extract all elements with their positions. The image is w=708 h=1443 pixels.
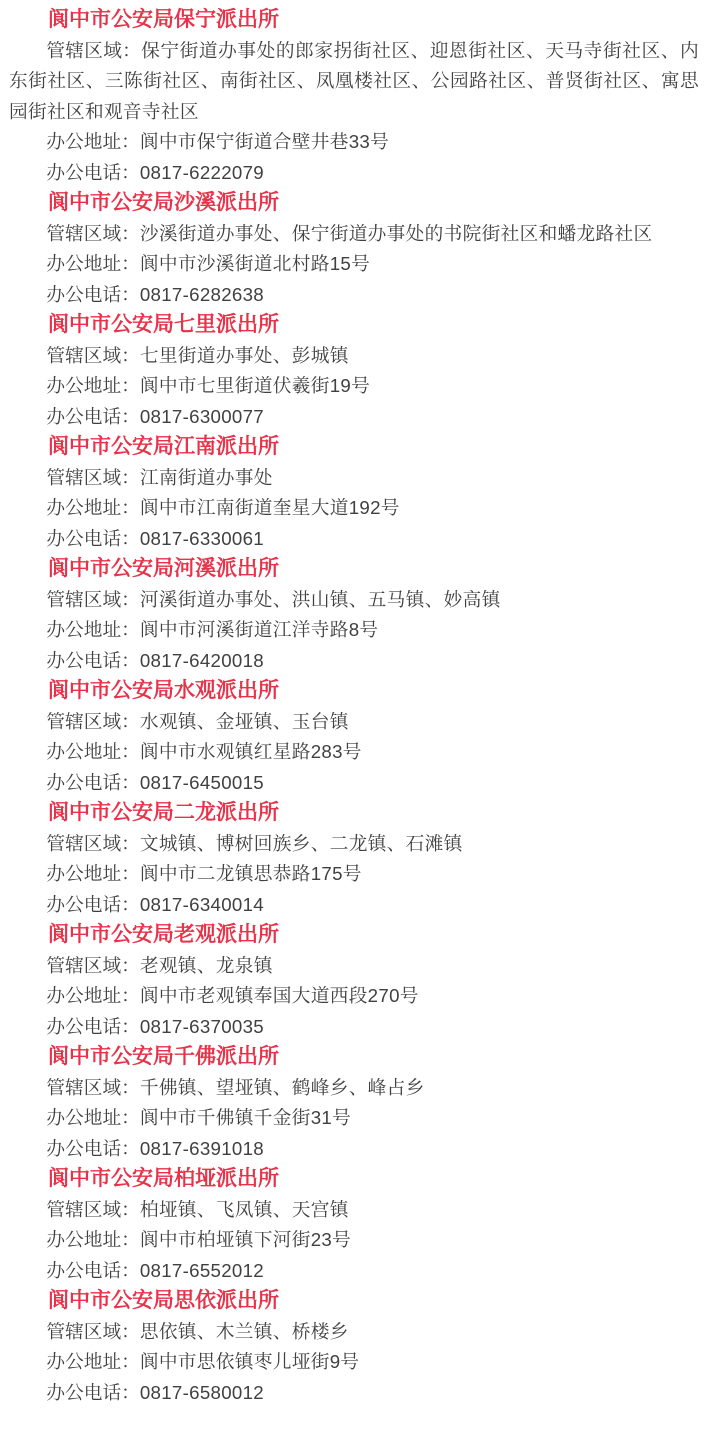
region-label: 管辖区域： [46, 467, 139, 488]
station-block-baiya: 阆中市公安局柏垭派出所 管辖区域：柏垭镇、飞凤镇、天宫镇 办公地址：阆中市柏垭镇… [9, 1164, 699, 1286]
station-title: 阆中市公安局二龙派出所 [9, 798, 699, 829]
station-block-qianfo: 阆中市公安局千佛派出所 管辖区域：千佛镇、望垭镇、鹤峰乡、峰占乡 办公地址：阆中… [9, 1042, 699, 1164]
phone-label: 办公电话： [46, 1138, 139, 1159]
address-value: 阆中市河溪街道江洋寺路8号 [140, 619, 379, 640]
address-label: 办公地址： [46, 863, 139, 884]
address-value: 阆中市思依镇枣儿垭街9号 [140, 1351, 360, 1372]
station-block-jiangnan: 阆中市公安局江南派出所 管辖区域：江南街道办事处 办公地址：阆中市江南街道奎星大… [9, 432, 699, 554]
region-label: 管辖区域： [46, 1321, 139, 1342]
address-value: 阆中市保宁街道合壁井巷33号 [140, 131, 389, 152]
address-value: 阆中市柏垭镇下河街23号 [140, 1229, 351, 1250]
address-row: 办公地址：阆中市江南街道奎星大道192号 [9, 493, 699, 524]
region-label: 管辖区域： [46, 345, 139, 366]
region-value: 江南街道办事处 [140, 467, 273, 488]
region-row: 管辖区域：沙溪街道办事处、保宁街道办事处的书院街社区和蟠龙路社区 [9, 219, 699, 250]
phone-label: 办公电话： [46, 1260, 139, 1281]
phone-row: 办公电话：0817-6300077 [9, 402, 699, 433]
station-block-qili: 阆中市公安局七里派出所 管辖区域：七里街道办事处、彭城镇 办公地址：阆中市七里街… [9, 310, 699, 432]
region-label: 管辖区域： [46, 589, 139, 610]
region-row: 管辖区域：千佛镇、望垭镇、鹤峰乡、峰占乡 [9, 1073, 699, 1104]
phone-row: 办公电话：0817-6222079 [9, 158, 699, 189]
address-row: 办公地址：阆中市河溪街道江洋寺路8号 [9, 615, 699, 646]
address-label: 办公地址： [46, 253, 139, 274]
phone-label: 办公电话： [46, 1382, 139, 1403]
region-value: 思依镇、木兰镇、桥楼乡 [140, 1321, 349, 1342]
station-title: 阆中市公安局千佛派出所 [9, 1042, 699, 1073]
region-row: 管辖区域：文城镇、博树回族乡、二龙镇、石滩镇 [9, 829, 699, 860]
region-value: 沙溪街道办事处、保宁街道办事处的书院街社区和蟠龙路社区 [140, 223, 653, 244]
address-label: 办公地址： [46, 131, 139, 152]
address-label: 办公地址： [46, 497, 139, 518]
address-label: 办公地址： [46, 985, 139, 1006]
phone-value: 0817-6340014 [140, 894, 264, 915]
address-value: 阆中市江南街道奎星大道192号 [140, 497, 400, 518]
phone-label: 办公电话： [46, 650, 139, 671]
phone-label: 办公电话： [46, 1016, 139, 1037]
phone-value: 0817-6222079 [140, 162, 264, 183]
region-value: 柏垭镇、飞凤镇、天宫镇 [140, 1199, 349, 1220]
region-row: 管辖区域：思依镇、木兰镇、桥楼乡 [9, 1317, 699, 1348]
station-title: 阆中市公安局老观派出所 [9, 920, 699, 951]
phone-row: 办公电话：0817-6420018 [9, 646, 699, 677]
phone-label: 办公电话： [46, 406, 139, 427]
region-row: 管辖区域：河溪街道办事处、洪山镇、五马镇、妙高镇 [9, 585, 699, 616]
address-label: 办公地址： [46, 1351, 139, 1372]
station-block-shaxi: 阆中市公安局沙溪派出所 管辖区域：沙溪街道办事处、保宁街道办事处的书院街社区和蟠… [9, 188, 699, 310]
address-row: 办公地址：阆中市思依镇枣儿垭街9号 [9, 1347, 699, 1378]
address-row: 办公地址：阆中市七里街道伏羲街19号 [9, 371, 699, 402]
phone-value: 0817-6391018 [140, 1138, 264, 1159]
phone-label: 办公电话： [46, 772, 139, 793]
address-label: 办公地址： [46, 1107, 139, 1128]
address-row: 办公地址：阆中市保宁街道合壁井巷33号 [9, 127, 699, 158]
region-row: 管辖区域：柏垭镇、飞凤镇、天宫镇 [9, 1195, 699, 1226]
station-block-shuiguan: 阆中市公安局水观派出所 管辖区域：水观镇、金垭镇、玉台镇 办公地址：阆中市水观镇… [9, 676, 699, 798]
station-block-siyi: 阆中市公安局思依派出所 管辖区域：思依镇、木兰镇、桥楼乡 办公地址：阆中市思依镇… [9, 1286, 699, 1408]
station-title: 阆中市公安局七里派出所 [9, 310, 699, 341]
address-label: 办公地址： [46, 741, 139, 762]
phone-value: 0817-6420018 [140, 650, 264, 671]
region-label: 管辖区域： [46, 955, 139, 976]
address-value: 阆中市二龙镇思恭路175号 [140, 863, 362, 884]
phone-row: 办公电话：0817-6340014 [9, 890, 699, 921]
phone-value: 0817-6370035 [140, 1016, 264, 1037]
phone-value: 0817-6282638 [140, 284, 264, 305]
address-row: 办公地址：阆中市千佛镇千金街31号 [9, 1103, 699, 1134]
region-value: 水观镇、金垭镇、玉台镇 [140, 711, 349, 732]
region-label: 管辖区域： [46, 1077, 139, 1098]
station-block-erlong: 阆中市公安局二龙派出所 管辖区域：文城镇、博树回族乡、二龙镇、石滩镇 办公地址：… [9, 798, 699, 920]
region-row: 管辖区域：水观镇、金垭镇、玉台镇 [9, 707, 699, 738]
address-label: 办公地址： [46, 619, 139, 640]
station-title: 阆中市公安局柏垭派出所 [9, 1164, 699, 1195]
region-label: 管辖区域： [46, 711, 139, 732]
address-row: 办公地址：阆中市沙溪街道北村路15号 [9, 249, 699, 280]
address-row: 办公地址：阆中市二龙镇思恭路175号 [9, 859, 699, 890]
region-row: 管辖区域：江南街道办事处 [9, 463, 699, 494]
station-block-laoguan: 阆中市公安局老观派出所 管辖区域：老观镇、龙泉镇 办公地址：阆中市老观镇奉国大道… [9, 920, 699, 1042]
address-row: 办公地址：阆中市水观镇红星路283号 [9, 737, 699, 768]
region-value: 七里街道办事处、彭城镇 [140, 345, 349, 366]
address-value: 阆中市老观镇奉国大道西段270号 [140, 985, 419, 1006]
region-label: 管辖区域： [46, 833, 139, 854]
address-row: 办公地址：阆中市老观镇奉国大道西段270号 [9, 981, 699, 1012]
address-row: 办公地址：阆中市柏垭镇下河街23号 [9, 1225, 699, 1256]
phone-value: 0817-6450015 [140, 772, 264, 793]
station-title: 阆中市公安局河溪派出所 [9, 554, 699, 585]
phone-label: 办公电话： [46, 284, 139, 305]
phone-value: 0817-6580012 [140, 1382, 264, 1403]
station-title: 阆中市公安局保宁派出所 [9, 5, 699, 36]
phone-label: 办公电话： [46, 528, 139, 549]
phone-label: 办公电话： [46, 162, 139, 183]
phone-value: 0817-6330061 [140, 528, 264, 549]
station-block-hexi: 阆中市公安局河溪派出所 管辖区域：河溪街道办事处、洪山镇、五马镇、妙高镇 办公地… [9, 554, 699, 676]
region-value: 文城镇、博树回族乡、二龙镇、石滩镇 [140, 833, 463, 854]
region-row: 管辖区域：保宁街道办事处的郎家拐街社区、迎恩街社区、天马寺街社区、内东街社区、三… [9, 36, 699, 128]
station-title: 阆中市公安局江南派出所 [9, 432, 699, 463]
phone-row: 办公电话：0817-6370035 [9, 1012, 699, 1043]
phone-row: 办公电话：0817-6450015 [9, 768, 699, 799]
phone-label: 办公电话： [46, 894, 139, 915]
region-label: 管辖区域： [46, 1199, 139, 1220]
address-label: 办公地址： [46, 375, 139, 396]
phone-value: 0817-6300077 [140, 406, 264, 427]
region-value: 老观镇、龙泉镇 [140, 955, 273, 976]
phone-row: 办公电话：0817-6391018 [9, 1134, 699, 1165]
phone-row: 办公电话：0817-6580012 [9, 1378, 699, 1409]
phone-value: 0817-6552012 [140, 1260, 264, 1281]
police-station-directory: 阆中市公安局保宁派出所 管辖区域：保宁街道办事处的郎家拐街社区、迎恩街社区、天马… [0, 0, 708, 1408]
address-value: 阆中市七里街道伏羲街19号 [140, 375, 370, 396]
phone-row: 办公电话：0817-6552012 [9, 1256, 699, 1287]
phone-row: 办公电话：0817-6282638 [9, 280, 699, 311]
region-label: 管辖区域： [46, 40, 141, 61]
region-row: 管辖区域：老观镇、龙泉镇 [9, 951, 699, 982]
station-block-baoning: 阆中市公安局保宁派出所 管辖区域：保宁街道办事处的郎家拐街社区、迎恩街社区、天马… [9, 5, 699, 188]
address-value: 阆中市沙溪街道北村路15号 [140, 253, 370, 274]
station-title: 阆中市公安局沙溪派出所 [9, 188, 699, 219]
region-row: 管辖区域：七里街道办事处、彭城镇 [9, 341, 699, 372]
address-label: 办公地址： [46, 1229, 139, 1250]
address-value: 阆中市水观镇红星路283号 [140, 741, 362, 762]
station-title: 阆中市公安局水观派出所 [9, 676, 699, 707]
address-value: 阆中市千佛镇千金街31号 [140, 1107, 351, 1128]
region-value: 河溪街道办事处、洪山镇、五马镇、妙高镇 [140, 589, 501, 610]
station-title: 阆中市公安局思依派出所 [9, 1286, 699, 1317]
phone-row: 办公电话：0817-6330061 [9, 524, 699, 555]
region-label: 管辖区域： [46, 223, 139, 244]
region-value: 千佛镇、望垭镇、鹤峰乡、峰占乡 [140, 1077, 425, 1098]
